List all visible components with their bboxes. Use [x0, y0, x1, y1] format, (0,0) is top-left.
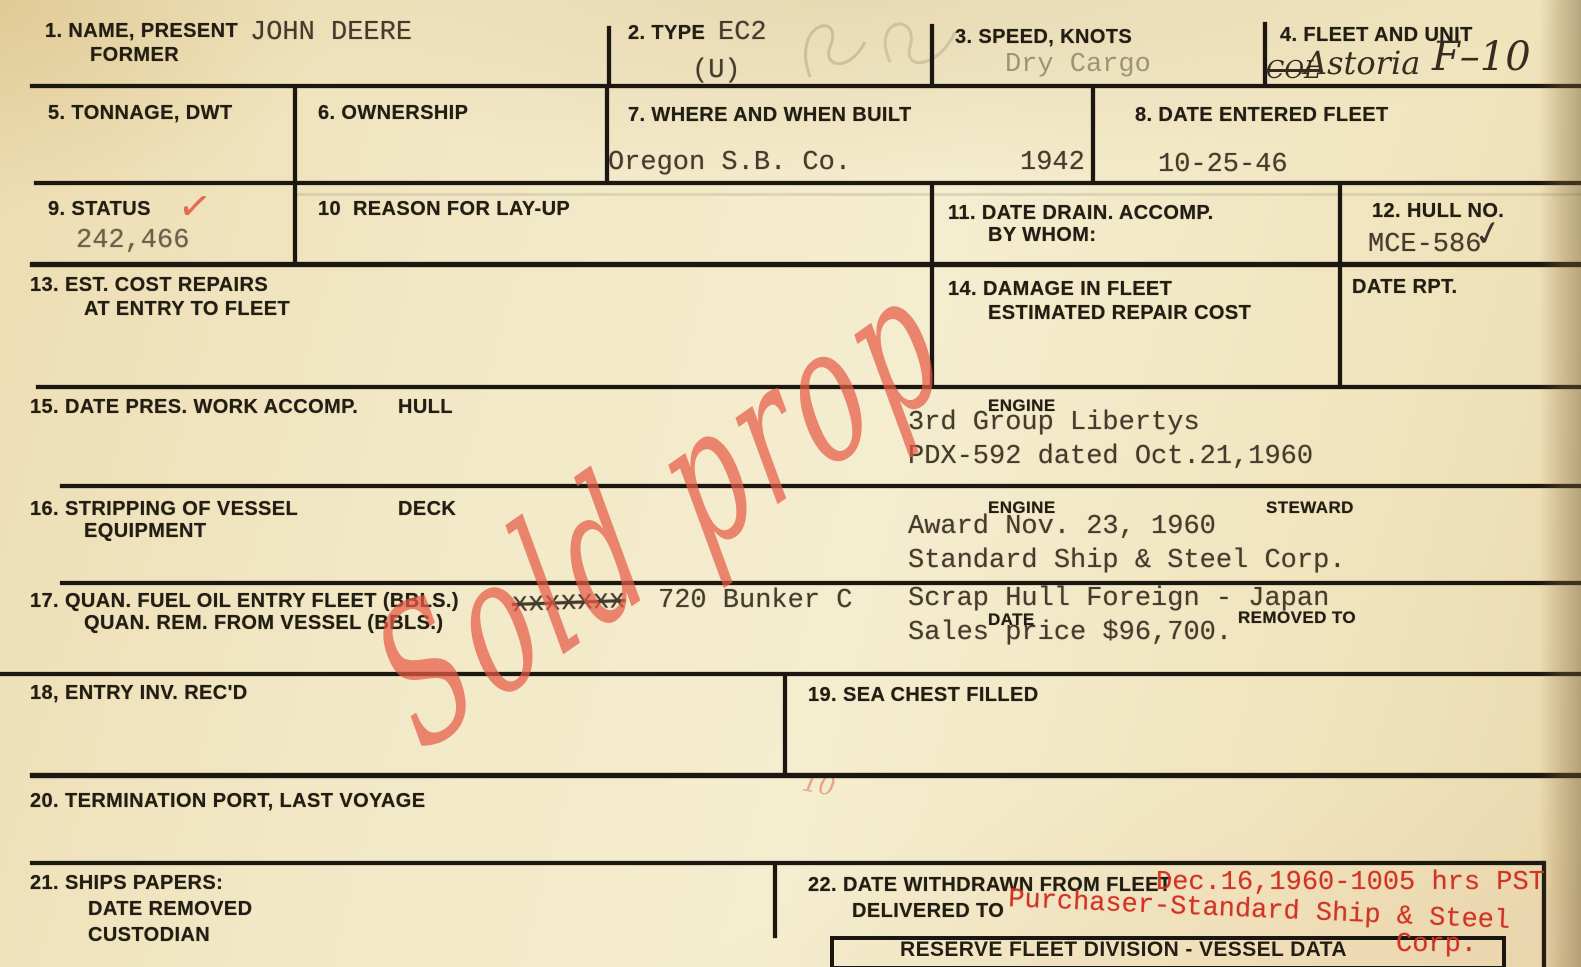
divider — [783, 676, 787, 775]
field-16-label: 16. STRIPPING OF VESSEL — [30, 498, 298, 521]
field-20-label: 20. TERMINATION PORT, LAST VOYAGE — [30, 790, 425, 813]
field-14-label: 14. DAMAGE IN FLEET — [948, 278, 1172, 301]
field-17-line2: Sales price $96,700. — [908, 618, 1232, 648]
field-1-former-label: FORMER — [90, 44, 179, 67]
field-15-engine-line2: PDX-592 dated Oct.21,1960 — [908, 442, 1313, 472]
divider — [1338, 185, 1342, 387]
field-22-delivered-value-cont: Corp. — [1396, 930, 1477, 960]
field-13-label: 13. EST. COST REPAIRS — [30, 274, 268, 297]
field-10-label: 10 REASON FOR LAY-UP — [318, 198, 570, 221]
divider — [930, 24, 934, 84]
vessel-data-card: 1. NAME, PRESENT FORMER JOHN DEERE 2. TY… — [0, 0, 1581, 967]
divider — [34, 181, 1581, 185]
field-21-custodian-label: CUSTODIAN — [88, 924, 210, 947]
field-1-value: JOHN DEERE — [250, 18, 412, 48]
field-11-label: 11. DATE DRAIN. ACCOMP. — [948, 202, 1214, 225]
field-21-date-removed-label: DATE REMOVED — [88, 898, 252, 921]
divider — [0, 672, 1581, 676]
field-9-value: 242,466 — [76, 226, 189, 256]
date-rpt-label: DATE RPT. — [1352, 276, 1457, 299]
field-6-label: 6. OWNERSHIP — [318, 102, 468, 125]
divider — [293, 88, 297, 183]
field-8-value: 10-25-46 — [1158, 150, 1288, 180]
divider — [30, 861, 1545, 865]
field-11-bywhom-label: BY WHOM: — [988, 224, 1096, 247]
divider — [30, 262, 1581, 267]
divider — [36, 385, 1581, 389]
field-7-value: Oregon S.B. Co. — [608, 148, 851, 178]
field-15-hull-label: HULL — [398, 396, 453, 419]
field-2-value: EC2 — [718, 18, 767, 48]
field-5-label: 5. TONNAGE, DWT — [48, 102, 233, 125]
divider — [773, 864, 777, 938]
field-17-struck-text: xxxxxxx — [512, 586, 626, 620]
field-9-label: 9. STATUS — [48, 198, 151, 221]
divider — [607, 26, 611, 84]
field-8-label: 8. DATE ENTERED FLEET — [1135, 104, 1389, 127]
divider — [30, 84, 1581, 88]
divider — [930, 185, 934, 387]
field-2-value2: (U) — [692, 56, 741, 86]
field-17-sublabel: QUAN. REM. FROM VESSEL (BBLS.) — [84, 612, 443, 635]
field-2-label: 2. TYPE — [628, 22, 705, 45]
divider — [1091, 88, 1095, 183]
divider — [30, 773, 1581, 778]
field-16-deck-label: DECK — [398, 498, 456, 521]
field-16-line1: Award Nov. 23, 1960 — [908, 512, 1216, 542]
divider — [60, 484, 1581, 488]
field-3-label: 3. SPEED, KNOTS — [955, 26, 1132, 49]
field-1-label: 1. NAME, PRESENT — [45, 20, 238, 43]
field-7-label: 7. WHERE AND WHEN BUILT — [628, 104, 912, 127]
field-17-label: 17. QUAN. FUEL OIL ENTRY FLEET (BBLS.) — [30, 590, 459, 613]
footer-title: RESERVE FLEET DIVISION - VESSEL DATA — [900, 938, 1347, 962]
field-21-label: 21. SHIPS PAPERS: — [30, 872, 223, 895]
field-7-year: 1942 — [1020, 148, 1085, 178]
field-17-removed-to-label: REMOVED TO — [1238, 608, 1356, 628]
field-15-engine-line1: 3rd Group Libertys — [908, 408, 1200, 438]
field-16-sublabel: EQUIPMENT — [84, 520, 207, 543]
field-14-sublabel: ESTIMATED REPAIR COST — [988, 302, 1251, 325]
field-19-label: 19. SEA CHEST FILLED — [808, 684, 1039, 707]
field-13-sublabel: AT ENTRY TO FLEET — [84, 298, 290, 321]
status-checkmark-icon: ✓ — [175, 182, 215, 232]
field-16-line2: Standard Ship & Steel Corp. — [908, 546, 1345, 576]
field-4-unit-value: F–10 — [1432, 34, 1531, 80]
field-22-delivered-label: DELIVERED TO — [852, 900, 1004, 923]
field-3-value: Dry Cargo — [1005, 50, 1151, 80]
field-16-steward-label: STEWARD — [1266, 498, 1354, 518]
divider — [293, 185, 297, 264]
field-15-label: 15. DATE PRES. WORK ACCOMP. — [30, 396, 358, 419]
field-12-value: MCE-586 — [1368, 230, 1481, 260]
scan-streak — [295, 193, 1581, 196]
field-17-value: 720 Bunker C — [658, 586, 852, 616]
field-18-label: 18, ENTRY INV. REC'D — [30, 682, 248, 705]
field-4-fleet-value: Astoria — [1304, 44, 1420, 82]
divider — [60, 581, 1581, 585]
